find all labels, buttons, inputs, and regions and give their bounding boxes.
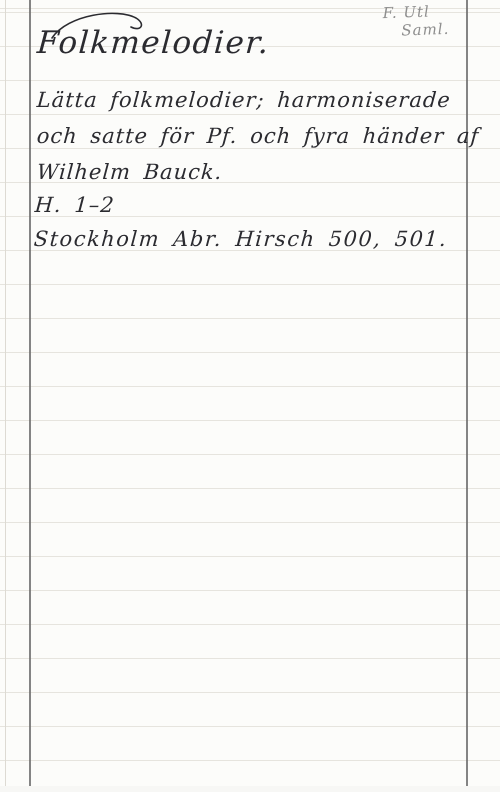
handwritten-line-publisher: Stockholm Abr. Hirsch 500, 501. <box>33 227 448 251</box>
ruled-lines <box>0 0 500 786</box>
right-margin-line <box>466 0 468 786</box>
scan-bottom-edge <box>0 786 500 792</box>
scan-edge-line <box>5 0 6 786</box>
handwritten-title: Folkmelodier. <box>36 25 271 61</box>
pencil-shelfmark: F. Utl Saml. <box>382 2 449 40</box>
pencil-shelfmark-line1: F. Utl <box>382 2 449 22</box>
pencil-shelfmark-line2: Saml. <box>383 20 450 40</box>
handwritten-line-volumes: H. 1–2 <box>34 193 116 217</box>
handwritten-line-author: Wilhelm Bauck. <box>36 160 223 184</box>
left-margin-line <box>29 0 31 786</box>
handwritten-line-description-1: Lätta folkmelodier; harmoniserade <box>36 88 452 112</box>
scanned-catalog-card: F. Utl Saml. Folkmelodier. Lätta folkmel… <box>0 0 500 792</box>
handwritten-line-description-2: och satte för Pf. och fyra händer af <box>36 124 480 148</box>
